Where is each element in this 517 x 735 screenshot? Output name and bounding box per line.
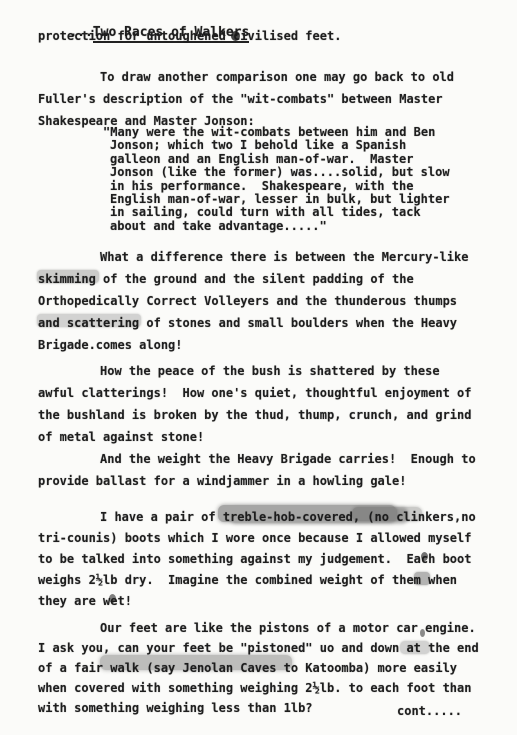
subtitle-line: protection for untoughened civilised fee… [38, 27, 508, 45]
paragraph-mercury-skimming: What a difference there is between the M… [38, 246, 500, 356]
paragraph-pair-of-boots: I have a pair of treble-hob-covered, (no… [38, 507, 500, 612]
paragraph-fuller-comparison: To draw another comparison one may go ba… [38, 66, 500, 132]
paragraph-peace-of-bush: How the peace of the bush is shattered b… [38, 360, 500, 448]
typewritten-document-page: ...Two Races of Walkers protection for u… [0, 0, 517, 735]
paragraph-heavy-brigade-weight: And the weight the Heavy Brigade carries… [38, 448, 500, 492]
blockquote-wit-combats: "Many were the wit-combats between him a… [110, 126, 490, 233]
continuation-marker: cont..... [397, 702, 462, 720]
